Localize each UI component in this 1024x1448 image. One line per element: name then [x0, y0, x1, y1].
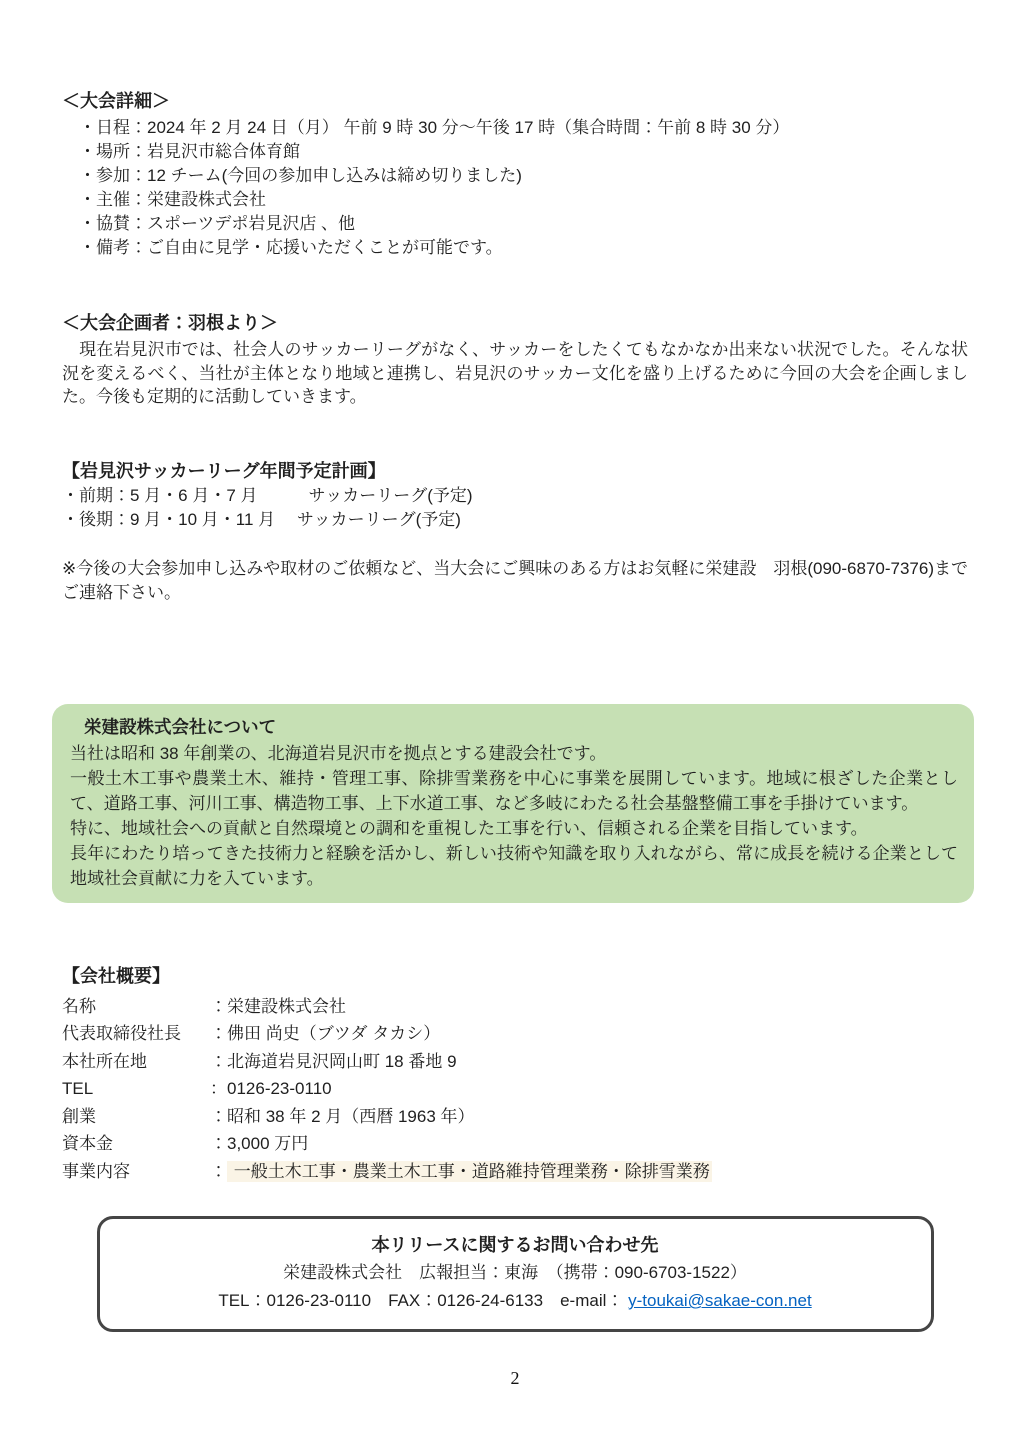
league-plan-list: ・前期：5 月・6 月・7 月 サッカーリーグ(予定) ・後期：9 月・10 月… [62, 484, 968, 532]
detail-item-date: ・日程：2024 年 2 月 24 日（月） 午前 9 時 30 分～午後 17… [79, 116, 968, 140]
detail-item-host: ・主催：栄建設株式会社 [79, 188, 968, 212]
overview-value: ： [210, 1162, 227, 1181]
overview-value: ：昭和 38 年 2 月（西暦 1963 年） [210, 1107, 475, 1126]
press-contact-tel-fax-line: TEL：0126-23-0110 FAX：0126-24-6133 e-mail… [110, 1287, 921, 1315]
tournament-details-title: ＜大会詳細＞ [62, 88, 968, 114]
overview-value: ：3,000 万円 [210, 1134, 308, 1153]
about-company-paragraph: 特に、地域社会への貢献と自然環境との調和を重視した工事を行い、信頼される企業を目… [70, 816, 958, 841]
organizer-message-title: ＜大会企画者：羽根より＞ [62, 310, 968, 336]
league-plan-second-half: ・後期：9 月・10 月・11 月 サッカーリーグ(予定) [62, 508, 968, 532]
detail-item-sponsor: ・協賛：スポーツデポ岩見沢店 、他 [79, 212, 968, 236]
overview-value: ：北海道岩見沢岡山町 18 番地 9 [210, 1052, 457, 1071]
press-contact-tel-fax: TEL：0126-23-0110 FAX：0126-24-6133 e-mail… [218, 1291, 628, 1310]
overview-value: ：佛田 尚史（ブツダ タカシ） [210, 1024, 440, 1043]
about-company-paragraph: 一般土木工事や農業土木、維持・管理工事、除排雪業務を中心に事業を展開しています。… [70, 766, 958, 816]
email-link[interactable]: y-toukai@sakae-con.net [628, 1291, 812, 1310]
company-overview-table: 名称：栄建設株式会社 代表取締役社長：佛田 尚史（ブツダ タカシ） 本社所在地：… [62, 993, 968, 1186]
press-contact-person: 栄建設株式会社 広報担当：東海 （携帯：090-6703-1522） [110, 1259, 921, 1287]
press-contact-title: 本リリースに関するお問い合わせ先 [110, 1232, 921, 1259]
overview-value: ：0126-23-0110 [210, 1079, 332, 1098]
section-league-plan: 【岩見沢サッカーリーグ年間予定計画】 ・前期：5 月・6 月・7 月 サッカーリ… [62, 458, 968, 605]
about-company-box: 栄建設株式会社について 当社は昭和 38 年創業の、北海道岩見沢市を拠点とする建… [52, 704, 974, 903]
overview-row-name: 名称：栄建設株式会社 [62, 993, 968, 1021]
overview-row-tel: TEL：0126-23-0110 [62, 1075, 968, 1103]
overview-row-founded: 創業：昭和 38 年 2 月（西暦 1963 年） [62, 1103, 968, 1131]
overview-label: 本社所在地 [62, 1048, 210, 1076]
section-tournament-details: ＜大会詳細＞ ・日程：2024 年 2 月 24 日（月） 午前 9 時 30 … [62, 88, 968, 260]
league-plan-first-half: ・前期：5 月・6 月・7 月 サッカーリーグ(予定) [62, 484, 968, 508]
press-contact-box: 本リリースに関するお問い合わせ先 栄建設株式会社 広報担当：東海 （携帯：090… [97, 1216, 934, 1332]
overview-row-capital: 資本金：3,000 万円 [62, 1130, 968, 1158]
organizer-message-body: 現在岩見沢市では、社会人のサッカーリーグがなく、サッカーをしたくてもなかなか出来… [62, 338, 968, 409]
detail-item-place: ・場所：岩見沢市総合体育館 [79, 140, 968, 164]
company-overview-title: 【会社概要】 [62, 963, 968, 989]
overview-label: 名称 [62, 993, 210, 1021]
page-number: 2 [62, 1368, 968, 1389]
overview-value: ：栄建設株式会社 [210, 997, 346, 1016]
league-plan-title: 【岩見沢サッカーリーグ年間予定計画】 [62, 458, 968, 484]
overview-row-address: 本社所在地：北海道岩見沢岡山町 18 番地 9 [62, 1048, 968, 1076]
section-company-overview: 【会社概要】 名称：栄建設株式会社 代表取締役社長：佛田 尚史（ブツダ タカシ）… [62, 963, 968, 1186]
overview-row-president: 代表取締役社長：佛田 尚史（ブツダ タカシ） [62, 1020, 968, 1048]
overview-row-business: 事業内容： 一般土木工事・農業土木工事・道路維持管理業務・除排雪業務 [62, 1158, 968, 1186]
about-company-paragraph: 長年にわたり培ってきた技術力と経験を活かし、新しい技術や知識を取り入れながら、常… [70, 841, 958, 891]
league-plan-contact-note: ※今後の大会参加申し込みや取材のご依頼など、当大会にご興味のある方はお気軽に栄建… [62, 557, 968, 605]
business-content-highlight: 一般土木工事・農業土木工事・道路維持管理業務・除排雪業務 [227, 1161, 712, 1182]
overview-label: 代表取締役社長 [62, 1020, 210, 1048]
overview-label: 創業 [62, 1103, 210, 1131]
tournament-details-list: ・日程：2024 年 2 月 24 日（月） 午前 9 時 30 分～午後 17… [62, 116, 968, 260]
about-company-title: 栄建設株式会社について [84, 715, 958, 740]
overview-label: 資本金 [62, 1130, 210, 1158]
detail-item-participants: ・参加：12 チーム(今回の参加申し込みは締め切りました) [79, 164, 968, 188]
detail-item-remarks: ・備考：ご自由に見学・応援いただくことが可能です。 [79, 236, 968, 260]
section-organizer-message: ＜大会企画者：羽根より＞ 現在岩見沢市では、社会人のサッカーリーグがなく、サッカ… [62, 310, 968, 409]
overview-label: TEL [62, 1075, 210, 1103]
press-release-page: ＜大会詳細＞ ・日程：2024 年 2 月 24 日（月） 午前 9 時 30 … [0, 0, 1024, 1448]
about-company-paragraph: 当社は昭和 38 年創業の、北海道岩見沢市を拠点とする建設会社です。 [70, 741, 958, 766]
overview-label: 事業内容 [62, 1158, 210, 1186]
